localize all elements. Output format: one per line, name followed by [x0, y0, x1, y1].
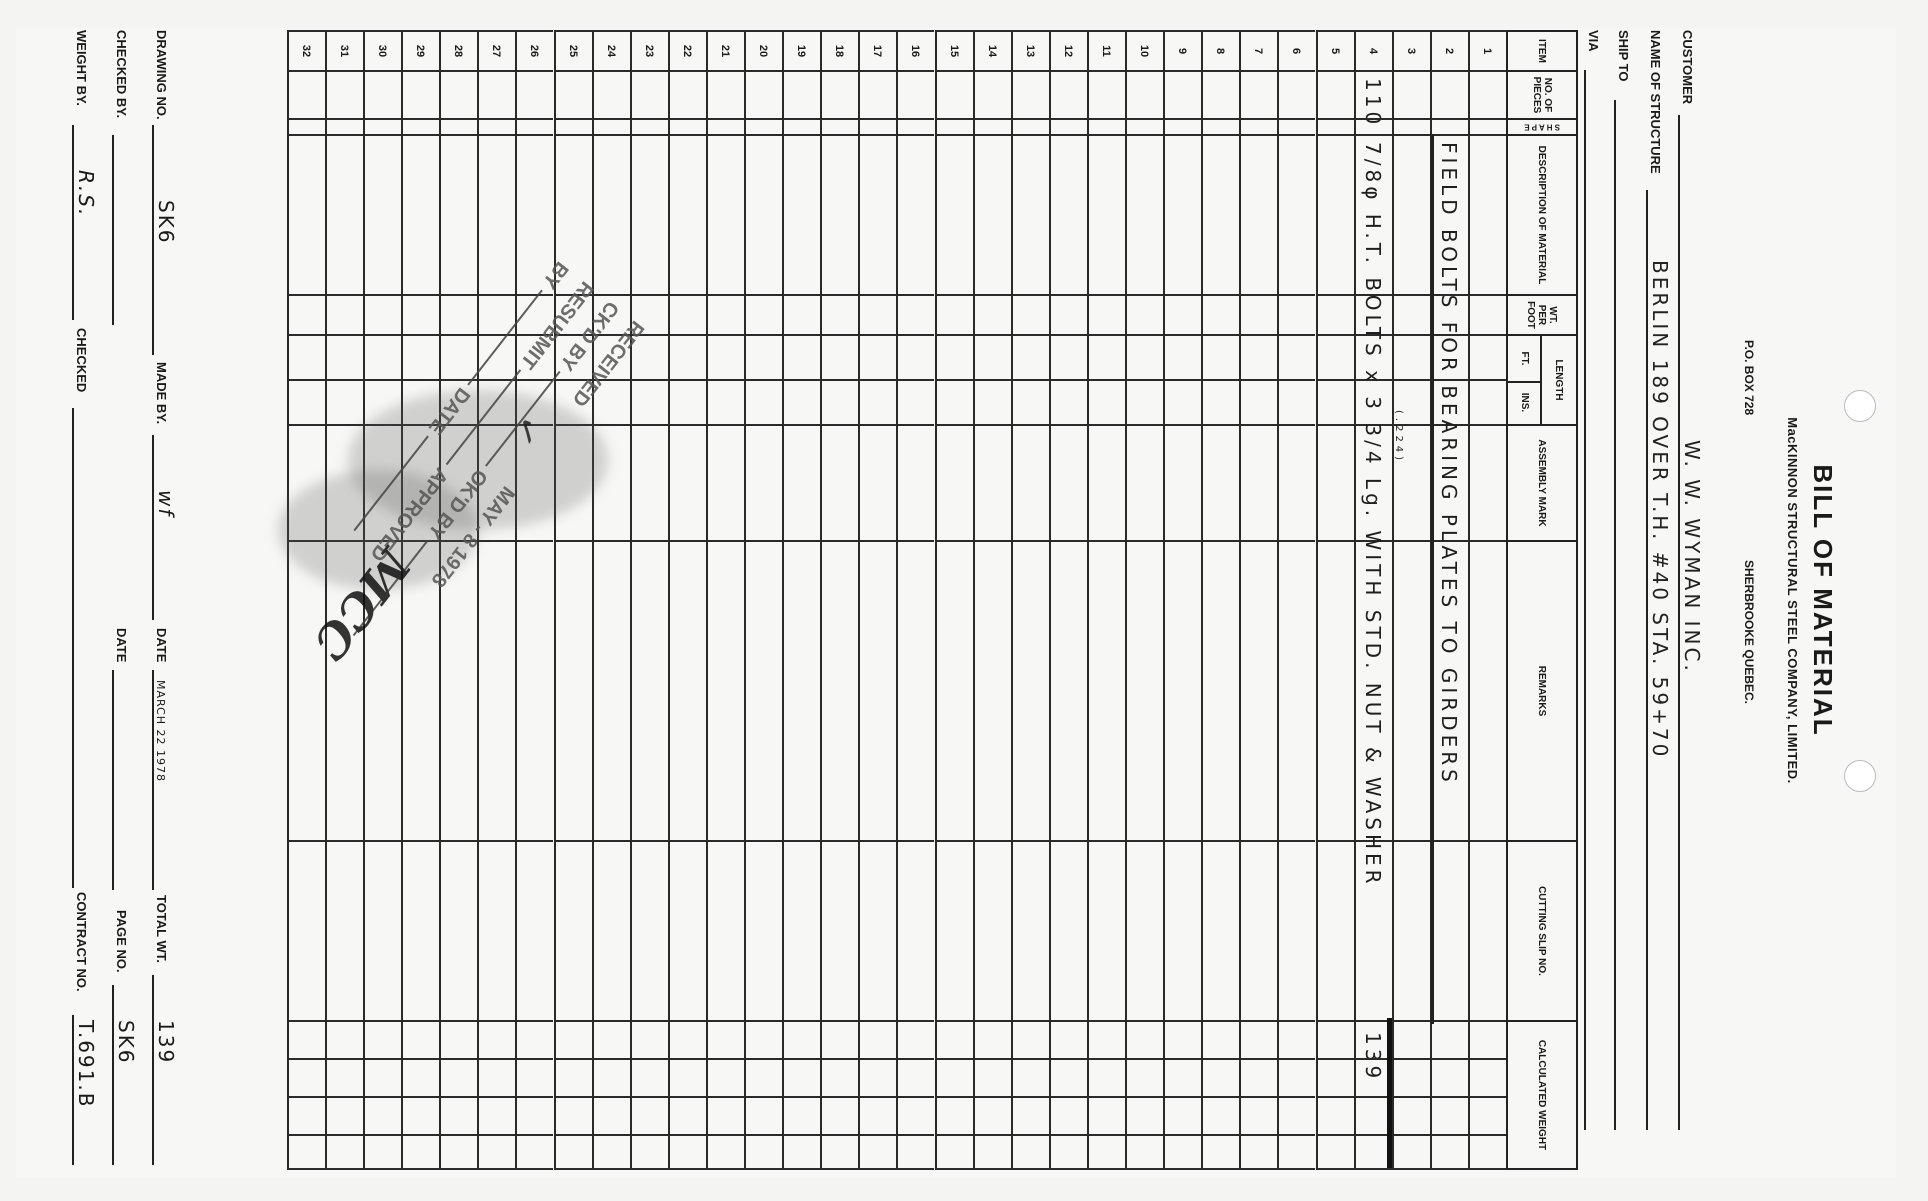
cell-item: 10 — [1125, 30, 1163, 70]
table-row: 10 — [1125, 30, 1163, 1170]
cell-calc-weight — [1468, 1096, 1506, 1134]
cell-ins — [1468, 379, 1506, 424]
table-row: 3 — [1392, 30, 1430, 1170]
cell-remarks — [630, 540, 668, 840]
cell-calc-weight — [935, 1058, 973, 1096]
cell-shape — [516, 118, 554, 134]
customer-label: CUSTOMER — [1680, 30, 1695, 104]
cell-pieces — [630, 70, 668, 118]
cell-calc-weight — [973, 1096, 1011, 1134]
cell-calc-weight — [1392, 1058, 1430, 1096]
cell-shape — [477, 118, 515, 134]
punch-hole-icon — [1844, 760, 1876, 792]
cell-shape — [935, 118, 973, 134]
cell-calc-weight — [1278, 1020, 1316, 1058]
via-label: VIA — [1586, 30, 1601, 52]
column-header-ins: INS. — [1508, 381, 1542, 424]
cell-ft — [973, 334, 1011, 379]
cell-ins — [1163, 379, 1201, 424]
cell-item: 8 — [1201, 30, 1239, 70]
cell-calc-weight — [554, 1058, 592, 1096]
cell-wt-per-foot — [782, 294, 820, 334]
cell-item: 21 — [706, 30, 744, 70]
date-label-2: DATE — [114, 628, 129, 662]
cell-pieces — [668, 70, 706, 118]
cell-remarks — [1049, 540, 1087, 840]
cell-calc-weight — [554, 1096, 592, 1134]
cell-calc-weight — [401, 1058, 439, 1096]
table-row: 22 — [668, 30, 706, 1170]
cell-ft — [1163, 334, 1201, 379]
cell-calc-weight — [1239, 1096, 1277, 1134]
cell-shape — [744, 118, 782, 134]
date-line-2 — [112, 670, 114, 890]
cell-remarks — [554, 540, 592, 840]
cell-assembly-mark — [973, 424, 1011, 540]
cell-shape — [706, 118, 744, 134]
cell-shape — [973, 118, 1011, 134]
cell-remarks — [1278, 540, 1316, 840]
cell-calc-weight — [858, 1020, 896, 1058]
cell-description — [706, 134, 744, 294]
cell-calc-weight — [1049, 1096, 1087, 1134]
cell-shape — [1087, 118, 1125, 134]
cell-shape — [1316, 118, 1354, 134]
cell-pieces — [820, 70, 858, 118]
cell-calc-weight — [897, 1020, 935, 1058]
cell-wt-per-foot — [1278, 294, 1316, 334]
cell-calc-weight — [1201, 1020, 1239, 1058]
cell-remarks — [1392, 540, 1430, 840]
cell-cutting-slip — [1201, 840, 1239, 1020]
cell-shape — [592, 118, 630, 134]
cell-pieces — [1468, 70, 1506, 118]
cell-remarks — [935, 540, 973, 840]
company-city: SHERBROOKE QUEBEC. — [1742, 560, 1756, 704]
cell-assembly-mark — [1163, 424, 1201, 540]
total-wt-value: 139 — [154, 1020, 178, 1064]
total-wt-label: TOTAL WT. — [154, 895, 169, 963]
cell-item: 11 — [1087, 30, 1125, 70]
cell-ft — [1201, 334, 1239, 379]
cell-cutting-slip — [1316, 840, 1354, 1020]
cell-description — [1392, 134, 1430, 294]
cell-calc-weight — [1392, 1134, 1430, 1170]
date-value: MARCH 22 1978 — [154, 680, 167, 782]
cell-calc-weight — [1278, 1058, 1316, 1096]
cell-remarks — [820, 540, 858, 840]
cell-calc-weight — [706, 1058, 744, 1096]
cell-calc-weight — [439, 1134, 477, 1170]
cell-item: 12 — [1049, 30, 1087, 70]
cell-calc-weight — [820, 1096, 858, 1134]
via-line — [1584, 70, 1586, 1130]
cell-ft — [782, 334, 820, 379]
made-by-value: wf — [154, 490, 178, 517]
cell-calc-weight — [363, 1058, 401, 1096]
checked-by-label: CHECKED BY. — [114, 30, 129, 118]
cell-pieces — [1316, 70, 1354, 118]
cell-calc-weight — [668, 1096, 706, 1134]
table-row: 41107/8φ H.T. BOLTS x 3 3/4 Lg. WITH STD… — [1354, 30, 1392, 1170]
cell-shape — [820, 118, 858, 134]
made-by-line — [152, 435, 154, 620]
cell-cutting-slip — [554, 840, 592, 1020]
table-row: 11 — [1087, 30, 1125, 1170]
contract-no-label: CONTRACT NO. — [74, 892, 89, 992]
cell-calc-weight — [401, 1096, 439, 1134]
cell-ins — [630, 379, 668, 424]
cell-ins — [1278, 379, 1316, 424]
cell-description — [1087, 134, 1125, 294]
column-header-calculated-weight: CALCULATED WEIGHT — [1506, 1020, 1578, 1170]
cell-remarks — [1316, 540, 1354, 840]
cell-calc-weight — [897, 1058, 935, 1096]
table-row: 9 — [1163, 30, 1201, 1170]
cell-calc-weight — [554, 1020, 592, 1058]
cell-assembly-mark — [935, 424, 973, 540]
cell-pieces — [782, 70, 820, 118]
cell-ins — [973, 379, 1011, 424]
cell-calc-weight — [325, 1134, 363, 1170]
cell-pieces — [477, 70, 515, 118]
cell-cutting-slip — [897, 840, 935, 1020]
cell-calc-weight — [630, 1096, 668, 1134]
cell-remarks — [668, 540, 706, 840]
cell-calc-weight — [477, 1096, 515, 1134]
cell-calc-weight — [935, 1096, 973, 1134]
cell-calc-weight — [1125, 1134, 1163, 1170]
cell-cutting-slip — [1163, 840, 1201, 1020]
cell-pieces — [1201, 70, 1239, 118]
cell-item: 5 — [1316, 30, 1354, 70]
cell-wt-per-foot — [1163, 294, 1201, 334]
cell-pieces — [1278, 70, 1316, 118]
table-row: 16 — [897, 30, 935, 1170]
column-header-ft: FT. — [1508, 336, 1542, 383]
cell-calc-weight — [1049, 1058, 1087, 1096]
cell-cutting-slip — [1468, 840, 1506, 1020]
cell-remarks — [1087, 540, 1125, 840]
cell-remarks — [1201, 540, 1239, 840]
cell-calc-weight — [592, 1096, 630, 1134]
cell-calc-weight — [1392, 1020, 1430, 1058]
cell-calc-weight — [1087, 1134, 1125, 1170]
cell-assembly-mark — [1239, 424, 1277, 540]
column-header-description: DESCRIPTION OF MATERIAL — [1506, 134, 1578, 294]
cell-shape — [1049, 118, 1087, 134]
company-name: MacKINNON STRUCTURAL STEEL COMPANY, LIMI… — [1785, 0, 1800, 1201]
cell-description — [1468, 134, 1506, 294]
cell-shape — [668, 118, 706, 134]
cell-pieces — [935, 70, 973, 118]
cell-item: 13 — [1011, 30, 1049, 70]
cell-pieces — [1049, 70, 1087, 118]
cell-item: 32 — [287, 30, 325, 70]
table-row: 1 — [1468, 30, 1506, 1170]
column-header-remarks: REMARKS — [1506, 540, 1578, 840]
cell-pieces — [1011, 70, 1049, 118]
cell-calc-weight — [668, 1058, 706, 1096]
cell-item: 2 — [1430, 30, 1468, 70]
cell-calc-weight — [1201, 1058, 1239, 1096]
cell-wt-per-foot — [897, 294, 935, 334]
table-row: 19 — [782, 30, 820, 1170]
cell-ft — [1468, 334, 1506, 379]
cell-calc-weight — [1430, 1096, 1468, 1134]
cell-cutting-slip — [401, 840, 439, 1020]
page-no-value: SK6 — [114, 1020, 138, 1065]
contract-no-value: T.691.B — [74, 1020, 98, 1108]
cell-pieces — [1125, 70, 1163, 118]
cell-calc-weight — [287, 1134, 325, 1170]
table-row: 12 — [1049, 30, 1087, 1170]
cell-ins — [668, 379, 706, 424]
cell-item: 28 — [439, 30, 477, 70]
cell-ins — [1239, 379, 1277, 424]
cell-wt-per-foot — [1316, 294, 1354, 334]
cell-calc-weight — [363, 1020, 401, 1058]
cell-calc-weight — [820, 1058, 858, 1096]
table-row: 24 — [592, 30, 630, 1170]
cell-calc-weight — [1011, 1096, 1049, 1134]
column-header-pieces: NO. OF PIECES — [1506, 70, 1578, 118]
cell-calc-weight — [1392, 1096, 1430, 1134]
cell-pieces — [973, 70, 1011, 118]
cell-calc-weight — [858, 1134, 896, 1170]
cell-pieces — [401, 70, 439, 118]
cell-ft — [1239, 334, 1277, 379]
cell-item: 20 — [744, 30, 782, 70]
cell-item: 27 — [477, 30, 515, 70]
cell-calc-weight — [439, 1020, 477, 1058]
cell-cutting-slip — [439, 840, 477, 1020]
cell-wt-per-foot — [1049, 294, 1087, 334]
cell-calc-weight — [744, 1134, 782, 1170]
drawing-no-value: SK6 — [154, 200, 178, 245]
cell-shape — [1468, 118, 1506, 134]
cell-shape — [439, 118, 477, 134]
cell-item: 1 — [1468, 30, 1506, 70]
cell-calc-weight — [439, 1096, 477, 1134]
cell-wt-per-foot — [1125, 294, 1163, 334]
cell-ins — [1087, 379, 1125, 424]
cell-description — [820, 134, 858, 294]
cell-ins — [744, 379, 782, 424]
cell-calc-weight — [1163, 1058, 1201, 1096]
cell-calc-weight — [325, 1096, 363, 1134]
table-row: 8 — [1201, 30, 1239, 1170]
cell-shape — [1392, 118, 1430, 134]
cell-assembly-mark — [1468, 424, 1506, 540]
cell-remarks — [1468, 540, 1506, 840]
page-no-label: PAGE NO. — [114, 910, 129, 973]
cell-ins — [706, 379, 744, 424]
ship-to-label: SHIP TO — [1616, 30, 1631, 82]
cell-remarks — [1011, 540, 1049, 840]
cell-calc-weight — [630, 1134, 668, 1170]
cell-calc-weight — [325, 1058, 363, 1096]
cell-cutting-slip — [782, 840, 820, 1020]
cell-calc-weight — [1239, 1058, 1277, 1096]
cell-calc-weight — [516, 1096, 554, 1134]
table-row: 7 — [1239, 30, 1277, 1170]
cell-cutting-slip — [1011, 840, 1049, 1020]
cell-cutting-slip — [287, 840, 325, 1020]
cell-calc-weight — [1011, 1020, 1049, 1058]
cell-pieces — [363, 70, 401, 118]
cell-wt-per-foot — [858, 294, 896, 334]
cell-item: 9 — [1163, 30, 1201, 70]
cell-calc-weight — [1163, 1134, 1201, 1170]
document-title: BILL OF MATERIAL — [1807, 0, 1838, 1201]
footer-row-3: WEIGHT BY. R.S. CHECKED CONTRACT NO. T.6… — [72, 30, 96, 1170]
cell-item: 22 — [668, 30, 706, 70]
cell-calc-weight — [1316, 1096, 1354, 1134]
table-row: 26 — [516, 30, 554, 1170]
cell-calc-weight — [477, 1020, 515, 1058]
column-header-length: LENGTH FT. INS. — [1506, 334, 1578, 424]
cell-calc-weight — [1430, 1134, 1468, 1170]
cell-remarks — [1125, 540, 1163, 840]
cell-shape — [401, 118, 439, 134]
cell-ins — [782, 379, 820, 424]
po-box: P.O. BOX 728 — [1742, 340, 1756, 415]
table-row: 13 — [1011, 30, 1049, 1170]
cell-calc-weight — [1316, 1020, 1354, 1058]
cell-wt-per-foot — [1201, 294, 1239, 334]
cell-calc-weight — [287, 1096, 325, 1134]
cell-calc-weight — [1125, 1058, 1163, 1096]
cell-wt-per-foot — [1011, 294, 1049, 334]
cell-ft — [1125, 334, 1163, 379]
cell-calc-weight — [1163, 1020, 1201, 1058]
cell-description — [973, 134, 1011, 294]
cell-ins — [1011, 379, 1049, 424]
cell-wt-per-foot — [744, 294, 782, 334]
cell-assembly-mark — [858, 424, 896, 540]
description-value: FIELD BOLTS FOR BEARING PLATES TO GIRDER… — [1437, 136, 1461, 786]
cell-cutting-slip — [1430, 840, 1468, 1020]
cell-calc-weight — [477, 1058, 515, 1096]
cell-shape — [782, 118, 820, 134]
cell-remarks — [706, 540, 744, 840]
cell-pieces — [554, 70, 592, 118]
cell-remarks — [477, 540, 515, 840]
cell-calc-weight — [668, 1020, 706, 1058]
cell-calc-weight — [1430, 1020, 1468, 1058]
cell-cutting-slip — [1125, 840, 1163, 1020]
cell-description — [1163, 134, 1201, 294]
cell-remarks — [516, 540, 554, 840]
cell-wt-per-foot — [1392, 294, 1430, 334]
cell-description — [1239, 134, 1277, 294]
cell-calc-weight — [325, 1020, 363, 1058]
cell-assembly-mark — [630, 424, 668, 540]
cell-assembly-mark — [668, 424, 706, 540]
cell-shape — [287, 118, 325, 134]
cell-ins — [858, 379, 896, 424]
cell-calc-weight — [1011, 1058, 1049, 1096]
cell-pieces: 110 — [1354, 70, 1392, 118]
cell-cutting-slip — [1087, 840, 1125, 1020]
cell-calc-weight — [516, 1134, 554, 1170]
cell-shape — [1201, 118, 1239, 134]
cell-assembly-mark — [1049, 424, 1087, 540]
cell-shape — [554, 118, 592, 134]
cell-calc-weight — [706, 1134, 744, 1170]
cell-item: 26 — [516, 30, 554, 70]
cell-description: 7/8φ H.T. BOLTS x 3 3/4 Lg. WITH STD. NU… — [1354, 134, 1392, 294]
length-label: LENGTH — [1540, 336, 1576, 424]
cell-cutting-slip — [668, 840, 706, 1020]
cell-remarks — [1163, 540, 1201, 840]
cell-description — [1201, 134, 1239, 294]
cell-calc-weight — [287, 1058, 325, 1096]
cell-shape — [1430, 118, 1468, 134]
cell-remarks — [744, 540, 782, 840]
date-label: DATE — [154, 628, 169, 662]
cell-ins — [1049, 379, 1087, 424]
cell-remarks — [973, 540, 1011, 840]
structure-value: BERLIN 189 OVER T.H. #40 STA. 59+70 — [1648, 260, 1672, 759]
cell-cutting-slip — [1239, 840, 1277, 1020]
cell-cutting-slip — [706, 840, 744, 1020]
cell-calc-weight — [973, 1020, 1011, 1058]
cell-assembly-mark — [782, 424, 820, 540]
cell-ft — [820, 334, 858, 379]
cell-pieces — [1430, 70, 1468, 118]
cell-assembly-mark — [1011, 424, 1049, 540]
checked-label: CHECKED — [74, 328, 89, 392]
description-underline — [1431, 134, 1434, 1024]
cell-ft — [1392, 334, 1430, 379]
cell-ft — [668, 334, 706, 379]
cell-description: FIELD BOLTS FOR BEARING PLATES TO GIRDER… — [1430, 134, 1468, 294]
cell-calc-weight — [820, 1134, 858, 1170]
cell-calc-weight — [1201, 1096, 1239, 1134]
cell-calc-weight — [706, 1020, 744, 1058]
table-row: 18 — [820, 30, 858, 1170]
cell-calc-weight — [592, 1134, 630, 1170]
cell-description — [1316, 134, 1354, 294]
cell-assembly-mark — [897, 424, 935, 540]
cell-cutting-slip — [1049, 840, 1087, 1020]
footer-row-1: DRAWING NO. SK6 MADE BY. wf DATE MARCH 2… — [152, 30, 176, 1170]
cell-shape — [1354, 118, 1392, 134]
table-row: 5 — [1316, 30, 1354, 1170]
customer-value: W. W. WYMAN INC. — [1680, 440, 1704, 674]
cell-item: 25 — [554, 30, 592, 70]
cell-remarks — [897, 540, 935, 840]
cell-description — [1049, 134, 1087, 294]
cell-wt-per-foot — [973, 294, 1011, 334]
cell-calc-weight — [744, 1096, 782, 1134]
cell-calc-weight — [897, 1134, 935, 1170]
cell-assembly-mark — [706, 424, 744, 540]
cell-item: 14 — [973, 30, 1011, 70]
cell-item: 17 — [858, 30, 896, 70]
cell-calc-weight — [706, 1096, 744, 1134]
cell-wt-per-foot — [820, 294, 858, 334]
cell-calc-weight — [782, 1020, 820, 1058]
cell-assembly-mark — [1087, 424, 1125, 540]
cell-calc-weight — [1278, 1096, 1316, 1134]
table-row: 20 — [744, 30, 782, 1170]
cell-assembly-mark — [1278, 424, 1316, 540]
cell-item: 18 — [820, 30, 858, 70]
cell-calc-weight — [554, 1134, 592, 1170]
